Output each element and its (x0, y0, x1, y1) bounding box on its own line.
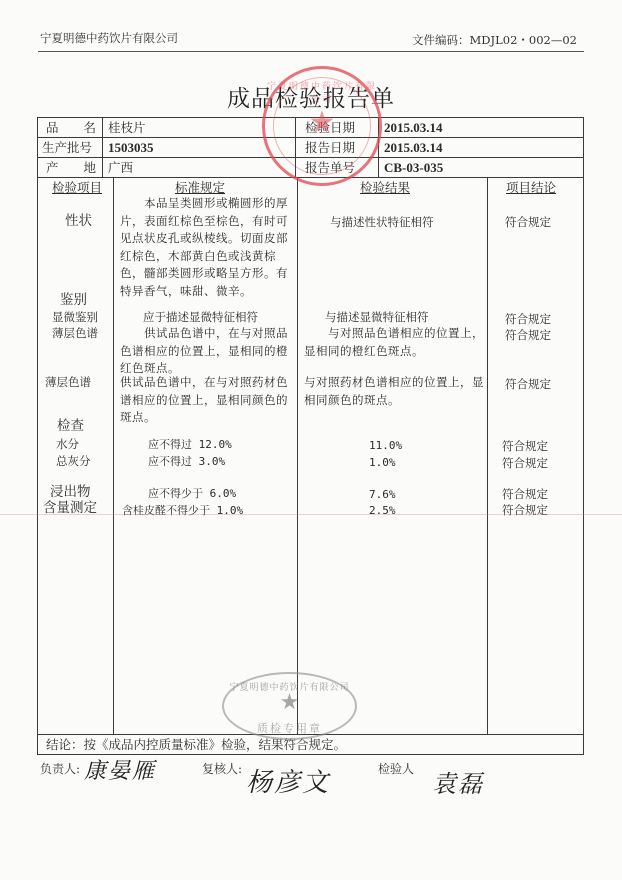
ash-result: 1.0% (369, 454, 396, 472)
inspection-heading: 检查 (57, 418, 84, 435)
appearance-item: 性状 (65, 213, 92, 230)
extract-item: 浸出物 (50, 484, 91, 501)
inspector-signature: 袁磊 (432, 764, 484, 799)
red-company-stamp: 宁夏明德中药饮片有限公司 ★ (262, 66, 382, 186)
ash-standard: 应不得过 3.0% (148, 453, 225, 471)
red-stamp-text: 宁夏明德中药饮片有限公司 (265, 79, 379, 105)
id-row-result: 与对照药材色谱相应的位置上，显相同颜色的斑点。 (304, 374, 484, 409)
extract-result: 7.6% (369, 486, 396, 504)
ash-item: 总灰分 (56, 453, 91, 471)
id-row-result: 与对照品色谱相应的位置上，显相同的橙红色斑点。 (304, 325, 484, 360)
id-row-result: 与描述显微特征相符 (325, 309, 429, 327)
responsible-signature: 康晏雁 (84, 754, 156, 785)
appearance-result: 与描述性状特征相符 (330, 214, 434, 232)
id-row-item: 显微鉴别 (52, 309, 98, 327)
origin-label: 产 地 (46, 159, 96, 176)
assay-conclusion: 符合规定 (502, 502, 548, 520)
reviewer-label: 复核人: (202, 760, 242, 777)
batch-number: 1503035 (108, 139, 154, 156)
extract-standard: 应不得少于 6.0% (148, 485, 236, 503)
star-icon: ★ (224, 690, 355, 715)
report-number: CB-03-035 (384, 159, 443, 176)
assay-result: 2.5% (369, 502, 396, 520)
col-header-standard: 标准规定 (175, 179, 225, 196)
document-code: 文件编码：MDJL02・002—02 (412, 32, 577, 48)
reviewer-signature: 杨彦文 (246, 762, 330, 799)
extract-conclusion: 符合规定 (502, 486, 548, 504)
id-row-conclusion: 符合规定 (505, 327, 551, 345)
origin: 广西 (108, 159, 133, 176)
moisture-conclusion: 符合规定 (502, 438, 548, 456)
col-header-result: 检验结果 (360, 179, 410, 196)
appearance-conclusion: 符合规定 (505, 214, 551, 232)
col-header-conclusion: 项目结论 (506, 179, 556, 196)
id-row-standard: 应于描述显微特征相符 (143, 309, 258, 327)
batch-label: 生产批号 (42, 139, 92, 156)
grey-stamp-bottom-text: 质检专用章 (224, 720, 355, 736)
id-row-conclusion: 符合规定 (505, 376, 551, 394)
scan-artifact-line (0, 514, 622, 515)
inspect-date: 2015.03.14 (384, 119, 443, 136)
star-icon: ★ (265, 105, 379, 140)
ash-conclusion: 符合规定 (502, 455, 548, 473)
id-row-standard: 供试品色谱中，在与对照品色谱相应的位置上，显相同的橙红色斑点。 (120, 325, 292, 378)
company-name: 宁夏明德中药饮片有限公司 (40, 30, 178, 46)
id-row-standard: 供试品色谱中，在与对照药材色谱相应的位置上，显相同颜色的斑点。 (120, 374, 294, 427)
responsible-label: 负责人: (40, 760, 80, 777)
product-name-label: 品 名 (46, 119, 96, 136)
assay-standard: 含桂皮醛不得少于 1.0% (122, 502, 243, 520)
id-row-item: 薄层色谱 (45, 374, 91, 392)
moisture-standard: 应不得过 12.0% (148, 436, 232, 454)
identification-heading: 鉴别 (60, 292, 87, 309)
moisture-item: 水分 (56, 436, 79, 454)
header-divider (38, 51, 584, 52)
inspector-label: 检验人 (378, 760, 414, 777)
col-header-item: 检验项目 (52, 179, 102, 196)
report-date: 2015.03.14 (384, 139, 443, 156)
moisture-result: 11.0% (369, 437, 402, 455)
appearance-standard: 本品呈类圆形或椭圆形的厚片，表面红棕色至棕色，有时可见点状皮孔或纵棱线。切面皮部… (120, 195, 292, 300)
id-row-conclusion: 符合规定 (505, 311, 551, 329)
product-name: 桂枝片 (108, 119, 146, 136)
id-row-item: 薄层色谱 (52, 325, 98, 343)
quality-inspection-stamp: 宁夏明德中药饮片有限公司 ★ 质检专用章 (222, 672, 357, 740)
